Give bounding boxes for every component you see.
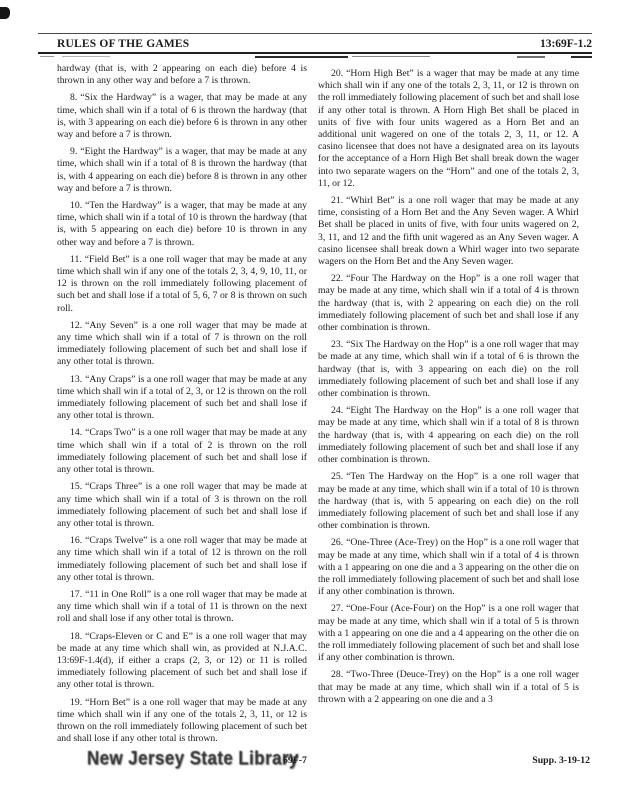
rule-paragraph: 21.“Whirl Bet” is a one roll wager that … [318,195,579,268]
rule-paragraph: 22.“Four The Hardway on the Hop” is a on… [318,273,579,334]
page-header-code: 13:69F-1.2 [540,38,592,50]
rule-paragraph: 28.“Two-Three (Deuce-Trey) on the Hop” i… [318,669,579,706]
paragraph-text: “Field Bet” is a one roll wager that may… [57,254,307,314]
rule-paragraph: 18.“Craps-Eleven or C and E” is a one ro… [57,631,307,692]
paragraph-number: 24. [331,405,346,416]
paragraph-number: 21. [331,195,346,206]
paragraph-text: “One-Three (Ace-Trey) on the Hop” is a o… [318,537,579,597]
rule-paragraph: 13.“Any Craps” is a one roll wager that … [57,374,307,423]
paragraph-number: 16. [70,535,85,546]
paragraph-text: “Any Craps” is a one roll wager that may… [57,374,307,422]
paragraph-number: 23. [331,339,346,350]
paragraph-text: “Horn Bet” is a one roll wager that may … [57,697,307,745]
rule-paragraph: 10.“Ten the Hardway” is a wager, that ma… [57,200,307,249]
broken-rule-segment [571,56,592,58]
paragraph-number: 19. [70,697,85,708]
rule-paragraph: 25.“Ten The Hardway on the Hop” is a one… [318,471,579,532]
paragraph-number: 26. [331,537,346,548]
paragraph-number: 12. [70,320,85,331]
header-top-rule [38,33,592,34]
paragraph-number: 22. [331,273,346,284]
rule-paragraph: 26.“One-Three (Ace-Trey) on the Hop” is … [318,537,579,598]
paragraph-text: “Ten the Hardway” is a wager, that may b… [57,200,307,248]
library-stamp: New Jersey State Library [87,748,262,770]
scan-artifact-blob [0,7,10,19]
rule-paragraph: 9.“Eight the Hardway” is a wager, that m… [57,146,307,195]
paragraph-number: 9. [70,146,80,157]
paragraph-number: 11. [70,254,85,265]
paragraph-text: “One-Four (Ace-Four) on the Hop” is a on… [318,603,579,663]
broken-rule-segment [40,56,54,57]
broken-rule-segment [352,56,430,57]
paragraph-number: 10. [70,200,85,211]
paragraph-text: hardway (that is, with 2 appearing on ea… [57,63,307,86]
paragraph-number: 14. [70,427,85,438]
paragraph-text: “Craps Three” is a one roll wager that m… [57,481,307,529]
paragraph-number: 17. [70,589,85,600]
broken-rule-segment [62,56,110,57]
broken-rule-segment [517,56,545,58]
paragraph-text: “Craps-Eleven or C and E” is a one roll … [57,631,307,691]
paragraph-text: “Four The Hardway on the Hop” is a one r… [318,273,579,333]
paragraph-text: “Six the Hardway” is a wager, that may b… [57,92,307,140]
rule-paragraph: 23.“Six The Hardway on the Hop” is a one… [318,339,579,400]
paragraph-number: 15. [70,481,85,492]
paragraph-text: “Eight The Hardway on the Hop” is a one … [318,405,579,465]
paragraph-text: “Horn High Bet” is a wager that may be m… [318,68,579,189]
paragraph-text: “Eight the Hardway” is a wager, that may… [57,146,307,194]
rule-paragraph: 14.“Craps Two” is a one roll wager that … [57,427,307,476]
page-header-title: RULES OF THE GAMES [57,38,189,50]
paragraph-text: “Two-Three (Deuce-Trey) on the Hop” is a… [318,669,579,704]
paragraph-number: 20. [331,68,346,79]
paragraph-number: 27. [331,603,346,614]
rule-paragraph: 12.“Any Seven” is a one roll wager that … [57,320,307,369]
rule-paragraph: 16.“Craps Twelve” is a one roll wager th… [57,535,307,584]
rule-paragraph: 11.“Field Bet” is a one roll wager that … [57,254,307,315]
rule-paragraph: 8.“Six the Hardway” is a wager, that may… [57,92,307,141]
page-number: 69F-7 [283,755,307,766]
rule-paragraph: 27.“One-Four (Ace-Four) on the Hop” is a… [318,603,579,664]
paragraph-number: 28. [331,669,346,680]
paragraph-number: 13. [70,374,85,385]
paragraph-number: 8. [70,92,80,103]
paragraph-text: “11 in One Roll” is a one roll wager tha… [57,589,307,624]
paragraph-number: 18. [70,631,85,642]
paragraph-text: “Craps Two” is a one roll wager that may… [57,427,307,475]
rule-paragraph: 20.“Horn High Bet” is a wager that may b… [318,68,579,190]
rule-paragraph: hardway (that is, with 2 appearing on ea… [57,63,307,87]
left-column: hardway (that is, with 2 appearing on ea… [57,63,307,749]
right-column: 20.“Horn High Bet” is a wager that may b… [318,63,579,749]
paragraph-text: “Ten The Hardway on the Hop” is a one ro… [318,471,579,531]
rule-paragraph: 19.“Horn Bet” is a one roll wager that m… [57,697,307,746]
header-bottom-rule [38,52,592,54]
supplement-date: Supp. 3-19-12 [532,755,590,766]
paragraph-number: 25. [331,471,346,482]
rule-paragraph: 24.“Eight The Hardway on the Hop” is a o… [318,405,579,466]
rule-paragraph: 15.“Craps Three” is a one roll wager tha… [57,481,307,530]
broken-rule-segment [255,56,348,58]
paragraph-text: “Whirl Bet” is a one roll wager that may… [318,195,579,267]
document-page: RULES OF THE GAMES 13:69F-1.2 hardway (t… [0,0,622,800]
paragraph-text: “Any Seven” is a one roll wager that may… [57,320,307,368]
paragraph-text: “Six The Hardway on the Hop” is a one ro… [318,339,579,399]
paragraph-text: “Craps Twelve” is a one roll wager that … [57,535,307,583]
rule-paragraph: 17.“11 in One Roll” is a one roll wager … [57,589,307,626]
